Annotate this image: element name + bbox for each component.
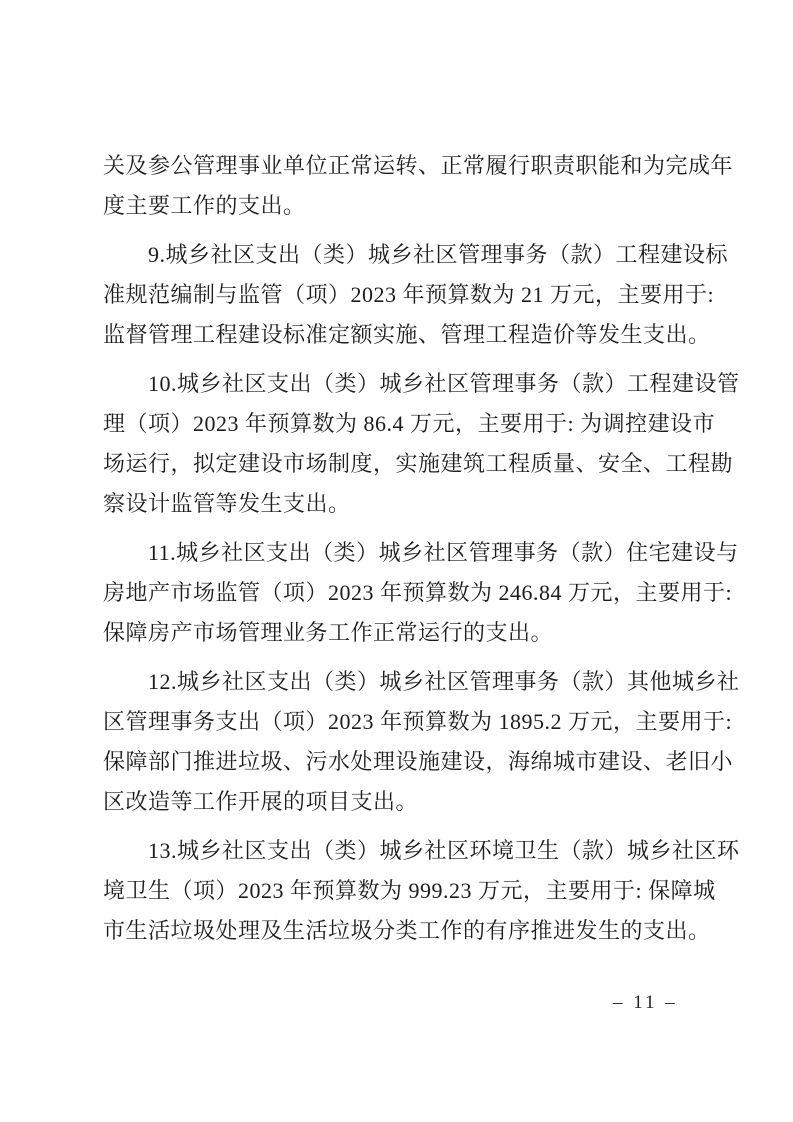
text-line: 区改造等工作开展的项目支出。 bbox=[103, 782, 695, 822]
text-line: 察设计监管等发生支出。 bbox=[103, 484, 695, 524]
text-line: 10.城乡社区支出（类）城乡社区管理事务（款）工程建设管 bbox=[103, 364, 695, 404]
paragraph: 9.城乡社区支出（类）城乡社区管理事务（款）工程建设标准规范编制与监管（项）20… bbox=[103, 235, 695, 355]
text-line: 境卫生（项）2023 年预算数为 999.23 万元，主要用于: 保障城 bbox=[103, 871, 695, 911]
text-line: 关及参公管理事业单位正常运转、正常履行职责职能和为完成年 bbox=[103, 146, 695, 186]
text-line: 准规范编制与监管（项）2023 年预算数为 21 万元，主要用于: bbox=[103, 275, 695, 315]
text-line: 保障房产市场管理业务工作正常运行的支出。 bbox=[103, 613, 695, 653]
paragraph: 11.城乡社区支出（类）城乡社区管理事务（款）住宅建设与房地产市场监管（项）20… bbox=[103, 533, 695, 653]
text-line: 度主要工作的支出。 bbox=[103, 186, 695, 226]
document-body: 关及参公管理事业单位正常运转、正常履行职责职能和为完成年度主要工作的支出。9.城… bbox=[103, 146, 695, 951]
paragraph: 关及参公管理事业单位正常运转、正常履行职责职能和为完成年度主要工作的支出。 bbox=[103, 146, 695, 226]
text-line: 监督管理工程建设标准定额实施、管理工程造价等发生支出。 bbox=[103, 315, 695, 355]
text-line: 13.城乡社区支出（类）城乡社区环境卫生（款）城乡社区环 bbox=[103, 831, 695, 871]
paragraph: 10.城乡社区支出（类）城乡社区管理事务（款）工程建设管理（项）2023 年预算… bbox=[103, 364, 695, 524]
document-page: 关及参公管理事业单位正常运转、正常履行职责职能和为完成年度主要工作的支出。9.城… bbox=[0, 0, 793, 1122]
page-number: – 11 – bbox=[613, 990, 678, 1016]
paragraph: 12.城乡社区支出（类）城乡社区管理事务（款）其他城乡社区管理事务支出（项）20… bbox=[103, 662, 695, 822]
text-line: 市生活垃圾处理及生活垃圾分类工作的有序推进发生的支出。 bbox=[103, 911, 695, 951]
text-line: 场运行，拟定建设市场制度，实施建筑工程质量、安全、工程勘 bbox=[103, 444, 695, 484]
text-line: 区管理事务支出（项）2023 年预算数为 1895.2 万元，主要用于: bbox=[103, 702, 695, 742]
paragraph: 13.城乡社区支出（类）城乡社区环境卫生（款）城乡社区环境卫生（项）2023 年… bbox=[103, 831, 695, 951]
text-line: 保障部门推进垃圾、污水处理设施建设，海绵城市建设、老旧小 bbox=[103, 742, 695, 782]
text-line: 9.城乡社区支出（类）城乡社区管理事务（款）工程建设标 bbox=[103, 235, 695, 275]
text-line: 理（项）2023 年预算数为 86.4 万元，主要用于: 为调控建设市 bbox=[103, 404, 695, 444]
text-line: 房地产市场监管（项）2023 年预算数为 246.84 万元，主要用于: bbox=[103, 573, 695, 613]
text-line: 11.城乡社区支出（类）城乡社区管理事务（款）住宅建设与 bbox=[103, 533, 695, 573]
text-line: 12.城乡社区支出（类）城乡社区管理事务（款）其他城乡社 bbox=[103, 662, 695, 702]
